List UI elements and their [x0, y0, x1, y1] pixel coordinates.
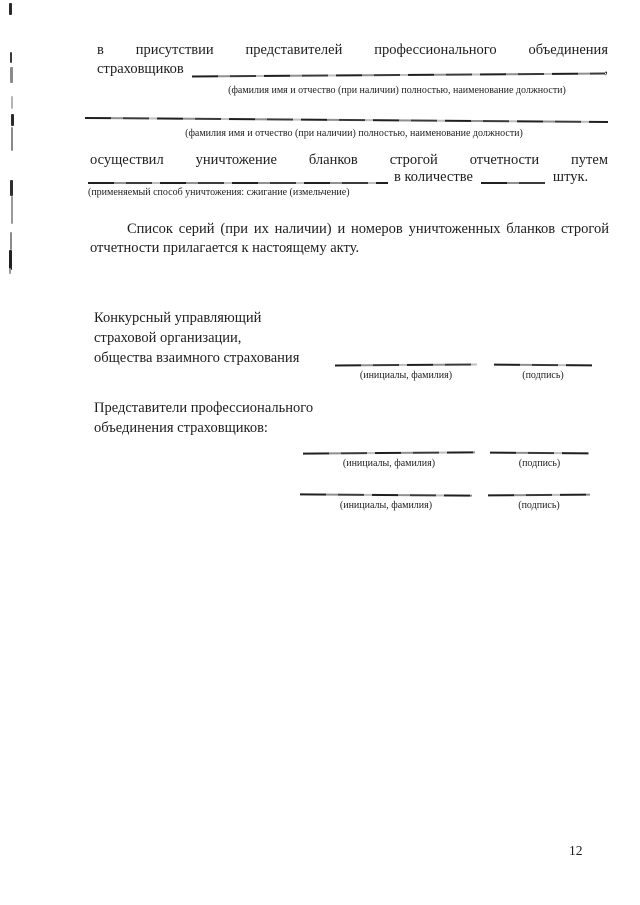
fill-in-line-representative1-name: [303, 451, 475, 454]
caption-full-name-position-1: (фамилия имя и отчество (при наличии) по…: [190, 85, 604, 97]
scan-artifact: [11, 196, 13, 224]
fill-in-line-representative-1: [192, 73, 605, 78]
scan-artifact: [9, 268, 11, 274]
caption-signature: (подпись): [488, 500, 590, 512]
manager-signature-row: (инициалы, фамилия) (подпись): [335, 364, 592, 382]
fill-in-line-manager-name: [335, 364, 477, 367]
manager-role-block: Конкурсный управляющий страховой организ…: [94, 308, 354, 368]
scan-artifact: [10, 180, 13, 196]
representative-signature-row-1: (инициалы, фамилия) (подпись): [303, 452, 589, 470]
units-label: штук.: [553, 168, 588, 187]
insurers-word: страховщиков: [97, 60, 184, 79]
fill-in-line-representative2-signature: [488, 494, 590, 497]
representatives-label-line2: объединения страховщиков:: [94, 418, 374, 438]
caption-destruction-method: (применяемый способ уничтожения: сжигани…: [88, 187, 350, 199]
representative1-sign-field: (подпись): [490, 452, 589, 470]
fill-in-line-manager-signature: [494, 364, 592, 367]
presence-paragraph-line2: страховщиков ,: [97, 60, 608, 79]
caption-signature: (подпись): [494, 370, 592, 382]
manager-role-line1: Конкурсный управляющий: [94, 308, 354, 328]
representatives-label-line1: Представители профессионального: [94, 398, 374, 418]
manager-name-field: (инициалы, фамилия): [335, 364, 477, 382]
scan-artifact: [9, 250, 12, 270]
fill-in-line-representative-2: [85, 117, 608, 123]
caption-signature: (подпись): [490, 458, 589, 470]
manager-role-line2: страховой организации,: [94, 328, 354, 348]
page-number: 12: [569, 843, 583, 859]
scanned-document-page: { "colors": { "ink": "#1d1d1d", "paper":…: [0, 0, 640, 905]
fill-in-line-quantity: [481, 182, 545, 184]
scan-artifact: [10, 232, 12, 250]
scan-artifact: [11, 127, 13, 151]
fill-in-line-representative1-signature: [490, 452, 589, 455]
fill-in-line-destruction-method: [88, 182, 388, 184]
representatives-label-block: Представители профессионального объедине…: [94, 398, 374, 438]
destruction-paragraph-line2: в количестве штук.: [88, 168, 608, 187]
fill-in-line-representative2-name: [300, 493, 472, 496]
scan-artifact: [11, 96, 13, 109]
scan-artifact: [11, 114, 14, 126]
quantity-label: в количестве: [394, 168, 473, 187]
scan-artifact: [10, 67, 13, 83]
representative2-sign-field: (подпись): [488, 494, 590, 512]
presence-paragraph-line1: в присутствии представителей профессиона…: [97, 41, 608, 60]
scan-artifact: [9, 3, 12, 15]
representative-signature-row-2: (инициалы, фамилия) (подпись): [300, 494, 590, 512]
manager-role-line3: общества взаимного страхования: [94, 348, 354, 368]
representative1-name-field: (инициалы, фамилия): [303, 452, 475, 470]
series-list-paragraph: Список серий (при их наличии) и номеров …: [90, 220, 609, 258]
scan-artifact: [10, 52, 12, 63]
caption-initials-surname: (инициалы, фамилия): [300, 500, 472, 512]
caption-full-name-position-2: (фамилия имя и отчество (при наличии) по…: [134, 128, 574, 140]
manager-sign-field: (подпись): [494, 364, 592, 382]
caption-initials-surname: (инициалы, фамилия): [303, 458, 475, 470]
caption-initials-surname: (инициалы, фамилия): [335, 370, 477, 382]
representative2-name-field: (инициалы, фамилия): [300, 494, 472, 512]
trailing-comma: ,: [604, 60, 608, 79]
